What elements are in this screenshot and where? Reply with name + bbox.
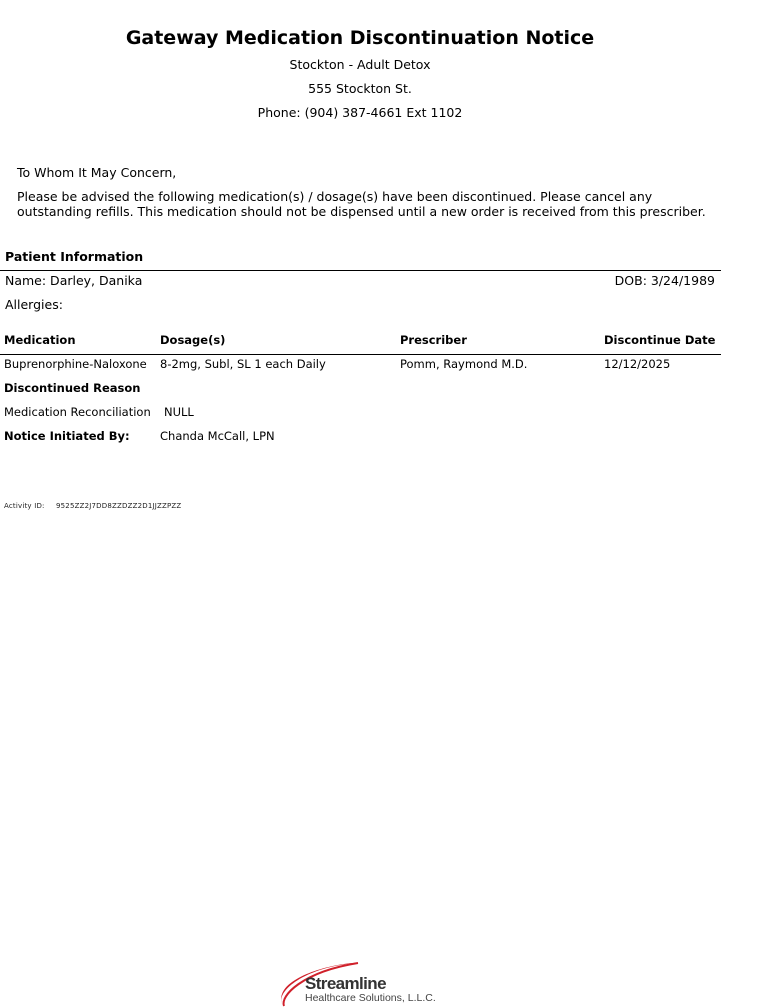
- streamline-logo: Streamline Healthcare Solutions, L.L.C.: [278, 960, 458, 1008]
- patient-section-title: Patient Information: [5, 249, 143, 264]
- initiated-by-value: Chanda McCall, LPN: [160, 429, 275, 443]
- patient-dob: DOB: 3/24/1989: [615, 273, 715, 288]
- facility-phone: Phone: (904) 387-4661 Ext 1102: [0, 105, 720, 120]
- salutation: To Whom It May Concern,: [17, 165, 176, 180]
- patient-divider: [0, 270, 721, 271]
- cell-medication: Buprenorphine-Naloxone: [4, 357, 147, 371]
- facility-name: Stockton - Adult Detox: [0, 57, 720, 72]
- letter-body-line-2: outstanding refills. This medication sho…: [17, 204, 706, 219]
- patient-allergies: Allergies:: [5, 297, 63, 312]
- activity-id-value: 9525ZZ2J7DD8ZZDZZ2D1JJZZPZZ: [56, 502, 181, 510]
- initiated-by-label: Notice Initiated By:: [4, 429, 130, 443]
- col-header-medication: Medication: [4, 333, 76, 347]
- table-divider: [0, 354, 721, 355]
- activity-id-label: Activity ID:: [4, 502, 45, 510]
- discontinued-reason-detail: NULL: [164, 405, 194, 419]
- cell-prescriber: Pomm, Raymond M.D.: [400, 357, 527, 371]
- patient-name: Name: Darley, Danika: [5, 273, 142, 288]
- letter-body-line-1: Please be advised the following medicati…: [17, 189, 652, 204]
- col-header-dosage: Dosage(s): [160, 333, 225, 347]
- cell-discontinue-date: 12/12/2025: [604, 357, 670, 371]
- page-title: Gateway Medication Discontinuation Notic…: [0, 27, 720, 49]
- col-header-discontinue-date: Discontinue Date: [604, 333, 715, 347]
- cell-dosage: 8-2mg, Subl, SL 1 each Daily: [160, 357, 326, 371]
- discontinued-reason-label: Discontinued Reason: [4, 381, 140, 395]
- col-header-prescriber: Prescriber: [400, 333, 467, 347]
- logo-tagline: Healthcare Solutions, L.L.C.: [305, 992, 436, 1004]
- logo-brand: Streamline: [305, 974, 386, 994]
- facility-address: 555 Stockton St.: [0, 81, 720, 96]
- discontinued-reason-value: Medication Reconciliation: [4, 405, 151, 419]
